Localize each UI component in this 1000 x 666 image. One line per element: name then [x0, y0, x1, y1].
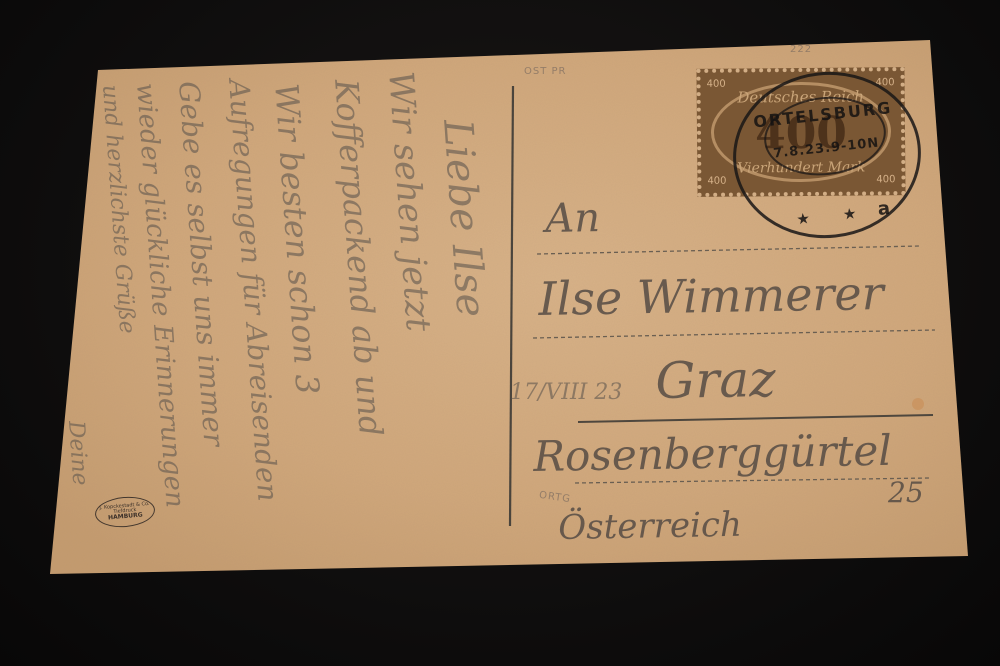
address-street: Rosenberggürtel [533, 426, 892, 481]
message-signature: Deine [63, 420, 92, 486]
postcard: OST PR 222 Deutsches Reich 400 Vierhunde… [0, 0, 1000, 666]
pencil-code-top-right: 222 [790, 44, 812, 55]
address-house-number: 25 [888, 476, 924, 509]
address-salutation: An [545, 195, 600, 242]
postmark-letter: a [877, 198, 891, 220]
stamp-corner-value: 400 [707, 176, 726, 187]
stamp-corner-value: 400 [707, 79, 726, 90]
address-name: Ilse Wimmerer [538, 266, 884, 326]
pencil-code-top-left: OST PR [524, 66, 566, 77]
address-country: Österreich [558, 505, 742, 548]
address-city: Graz [655, 350, 776, 410]
divider-date: 17/VIII 23 [510, 380, 622, 405]
